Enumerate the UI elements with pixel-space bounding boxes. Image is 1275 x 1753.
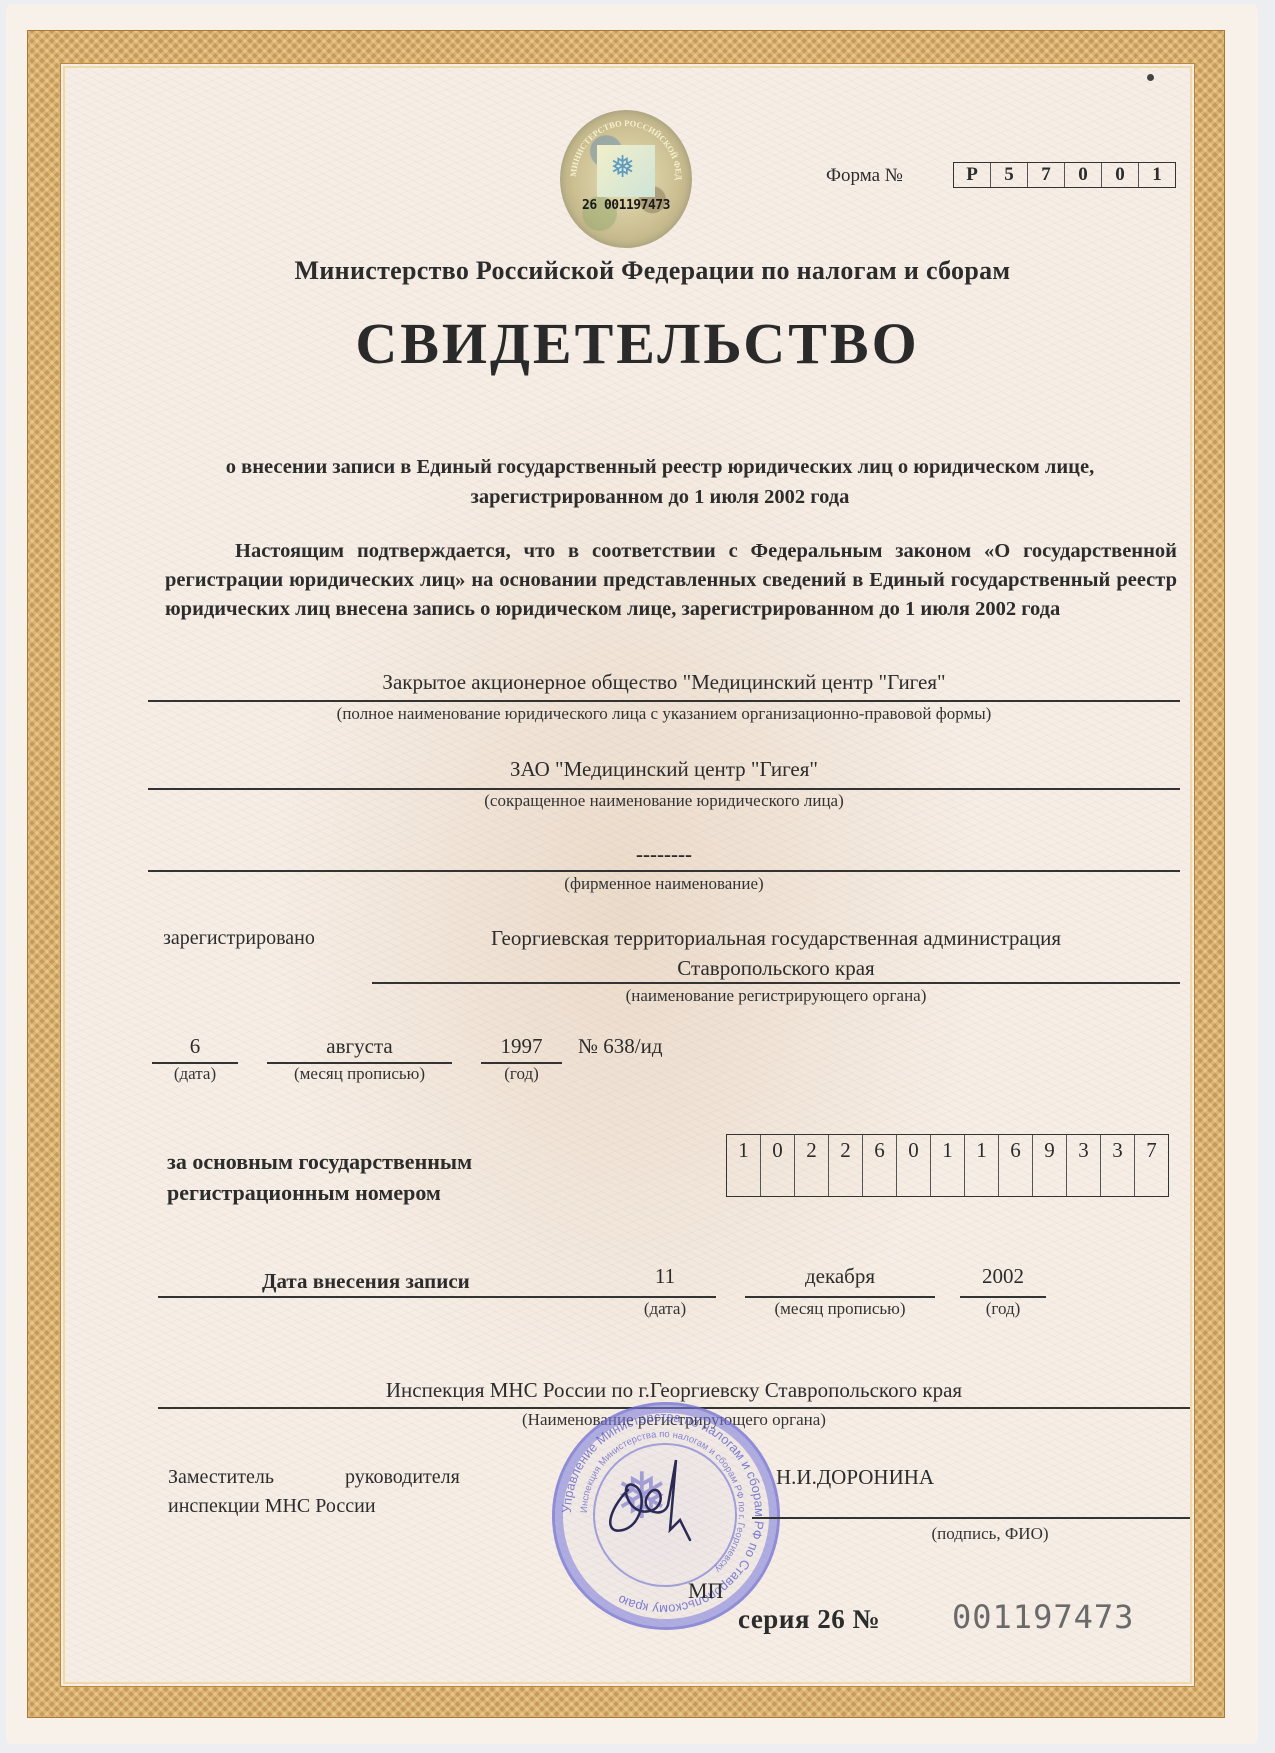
ogrn-digit: 2 — [795, 1135, 829, 1196]
form-code-cell: 1 — [1139, 163, 1175, 187]
ogrn-digit: 3 — [1067, 1135, 1101, 1196]
form-code-cell: 0 — [1102, 163, 1139, 187]
ogrn-digit: 3 — [1101, 1135, 1135, 1196]
confirmation-paragraph: Настоящим подтверждается, что в соответс… — [165, 537, 1177, 624]
short-name-value: ЗАО "Медицинский центр "Гигея" — [148, 757, 1180, 782]
entry-date-underline — [158, 1296, 716, 1298]
entry-year-underline — [960, 1296, 1046, 1298]
brand-name-underline — [148, 870, 1180, 872]
form-label: Форма № — [826, 165, 903, 187]
reg-number: № 638/ид — [578, 1034, 663, 1059]
ogrn-digit: 1 — [727, 1135, 761, 1196]
reg-day-value: 6 — [152, 1034, 238, 1059]
entry-year-caption: (год) — [960, 1299, 1046, 1319]
signature — [598, 1450, 708, 1560]
ogrn-digit: 1 — [965, 1135, 999, 1196]
entry-month-value: декабря — [745, 1264, 935, 1289]
registering-authority-line1: Георгиевская территориальная государстве… — [372, 926, 1180, 951]
reg-year-caption: (год) — [481, 1064, 562, 1084]
reg-day-caption: (дата) — [152, 1064, 238, 1084]
reg-year-value: 1997 — [481, 1034, 562, 1059]
form-code-cell: 5 — [991, 163, 1028, 187]
ogrn-digit: 6 — [999, 1135, 1033, 1196]
form-code-boxes: Р 5 7 0 0 1 — [953, 162, 1176, 188]
entry-day-value: 11 — [620, 1264, 710, 1289]
ogrn-digit: 1 — [931, 1135, 965, 1196]
ogrn-digit: 0 — [897, 1135, 931, 1196]
serial-label: серия 26 № — [738, 1604, 880, 1635]
document-subtitle: о внесении записи в Единый государственн… — [160, 452, 1160, 512]
full-name-value: Закрытое акционерное общество "Медицинск… — [148, 670, 1180, 695]
position-word-2: руководителя — [345, 1466, 460, 1489]
form-code-cell: 0 — [1065, 163, 1102, 187]
hologram-seal: МИНИСТЕРСТВО РОССИЙСКОЙ ФЕДЕРАЦИИ ПО НАЛ… — [560, 110, 692, 248]
ogrn-digit: 9 — [1033, 1135, 1067, 1196]
short-name-caption: (сокращенное наименование юридического л… — [148, 791, 1180, 811]
full-name-caption: (полное наименование юридического лица с… — [148, 704, 1180, 724]
seal-mark: МП — [688, 1578, 723, 1604]
short-name-underline — [148, 788, 1180, 790]
document-title: СВИДЕТЕЛЬСТВО — [0, 310, 1275, 377]
ogrn-digit: 7 — [1135, 1135, 1168, 1196]
ink-dot — [1147, 74, 1154, 81]
authority-underline — [372, 982, 1180, 984]
ogrn-label-line1: за основным государственным — [167, 1146, 472, 1177]
brand-name-value: -------- — [148, 842, 1180, 867]
serial-number: 001197473 — [952, 1598, 1134, 1636]
entry-month-caption: (месяц прописью) — [745, 1299, 935, 1319]
entry-month-underline — [745, 1296, 935, 1298]
position-line-2: инспекции МНС России — [168, 1495, 376, 1518]
inspection-name: Инспекция МНС России по г.Георгиевску Ст… — [158, 1378, 1190, 1403]
authority-caption: (наименование регистрирующего органа) — [372, 986, 1180, 1006]
signatory-name: Н.И.ДОРОНИНА — [776, 1465, 934, 1490]
reg-month-caption: (месяц прописью) — [267, 1064, 452, 1084]
form-code-cell: 7 — [1028, 163, 1065, 187]
registered-label: зарегистрировано — [163, 927, 315, 950]
ogrn-label-line2: регистрационным номером — [167, 1177, 441, 1208]
reg-month-value: августа — [267, 1034, 452, 1059]
entry-year-value: 2002 — [960, 1264, 1046, 1289]
hologram-number: 26 001197473 — [582, 198, 670, 213]
signature-underline — [752, 1517, 1190, 1519]
full-name-underline — [148, 700, 1180, 702]
ogrn-boxes: 1 0 2 2 6 0 1 1 6 9 3 3 7 — [726, 1134, 1169, 1197]
ministry-name: Министерство Российской Федерации по нал… — [0, 256, 1275, 286]
ogrn-digit: 2 — [829, 1135, 863, 1196]
ogrn-digit: 0 — [761, 1135, 795, 1196]
brand-name-caption: (фирменное наименование) — [148, 874, 1180, 894]
entry-date-label: Дата внесения записи — [262, 1266, 470, 1297]
ogrn-digit: 6 — [863, 1135, 897, 1196]
entry-day-caption: (дата) — [620, 1299, 710, 1319]
registering-authority-line2: Ставропольского края — [372, 956, 1180, 981]
position-word-1: Заместитель — [168, 1466, 274, 1489]
signature-caption: (подпись, ФИО) — [860, 1524, 1120, 1544]
form-code-cell: Р — [954, 163, 991, 187]
eagle-emblem-icon: ❅ — [610, 150, 635, 185]
